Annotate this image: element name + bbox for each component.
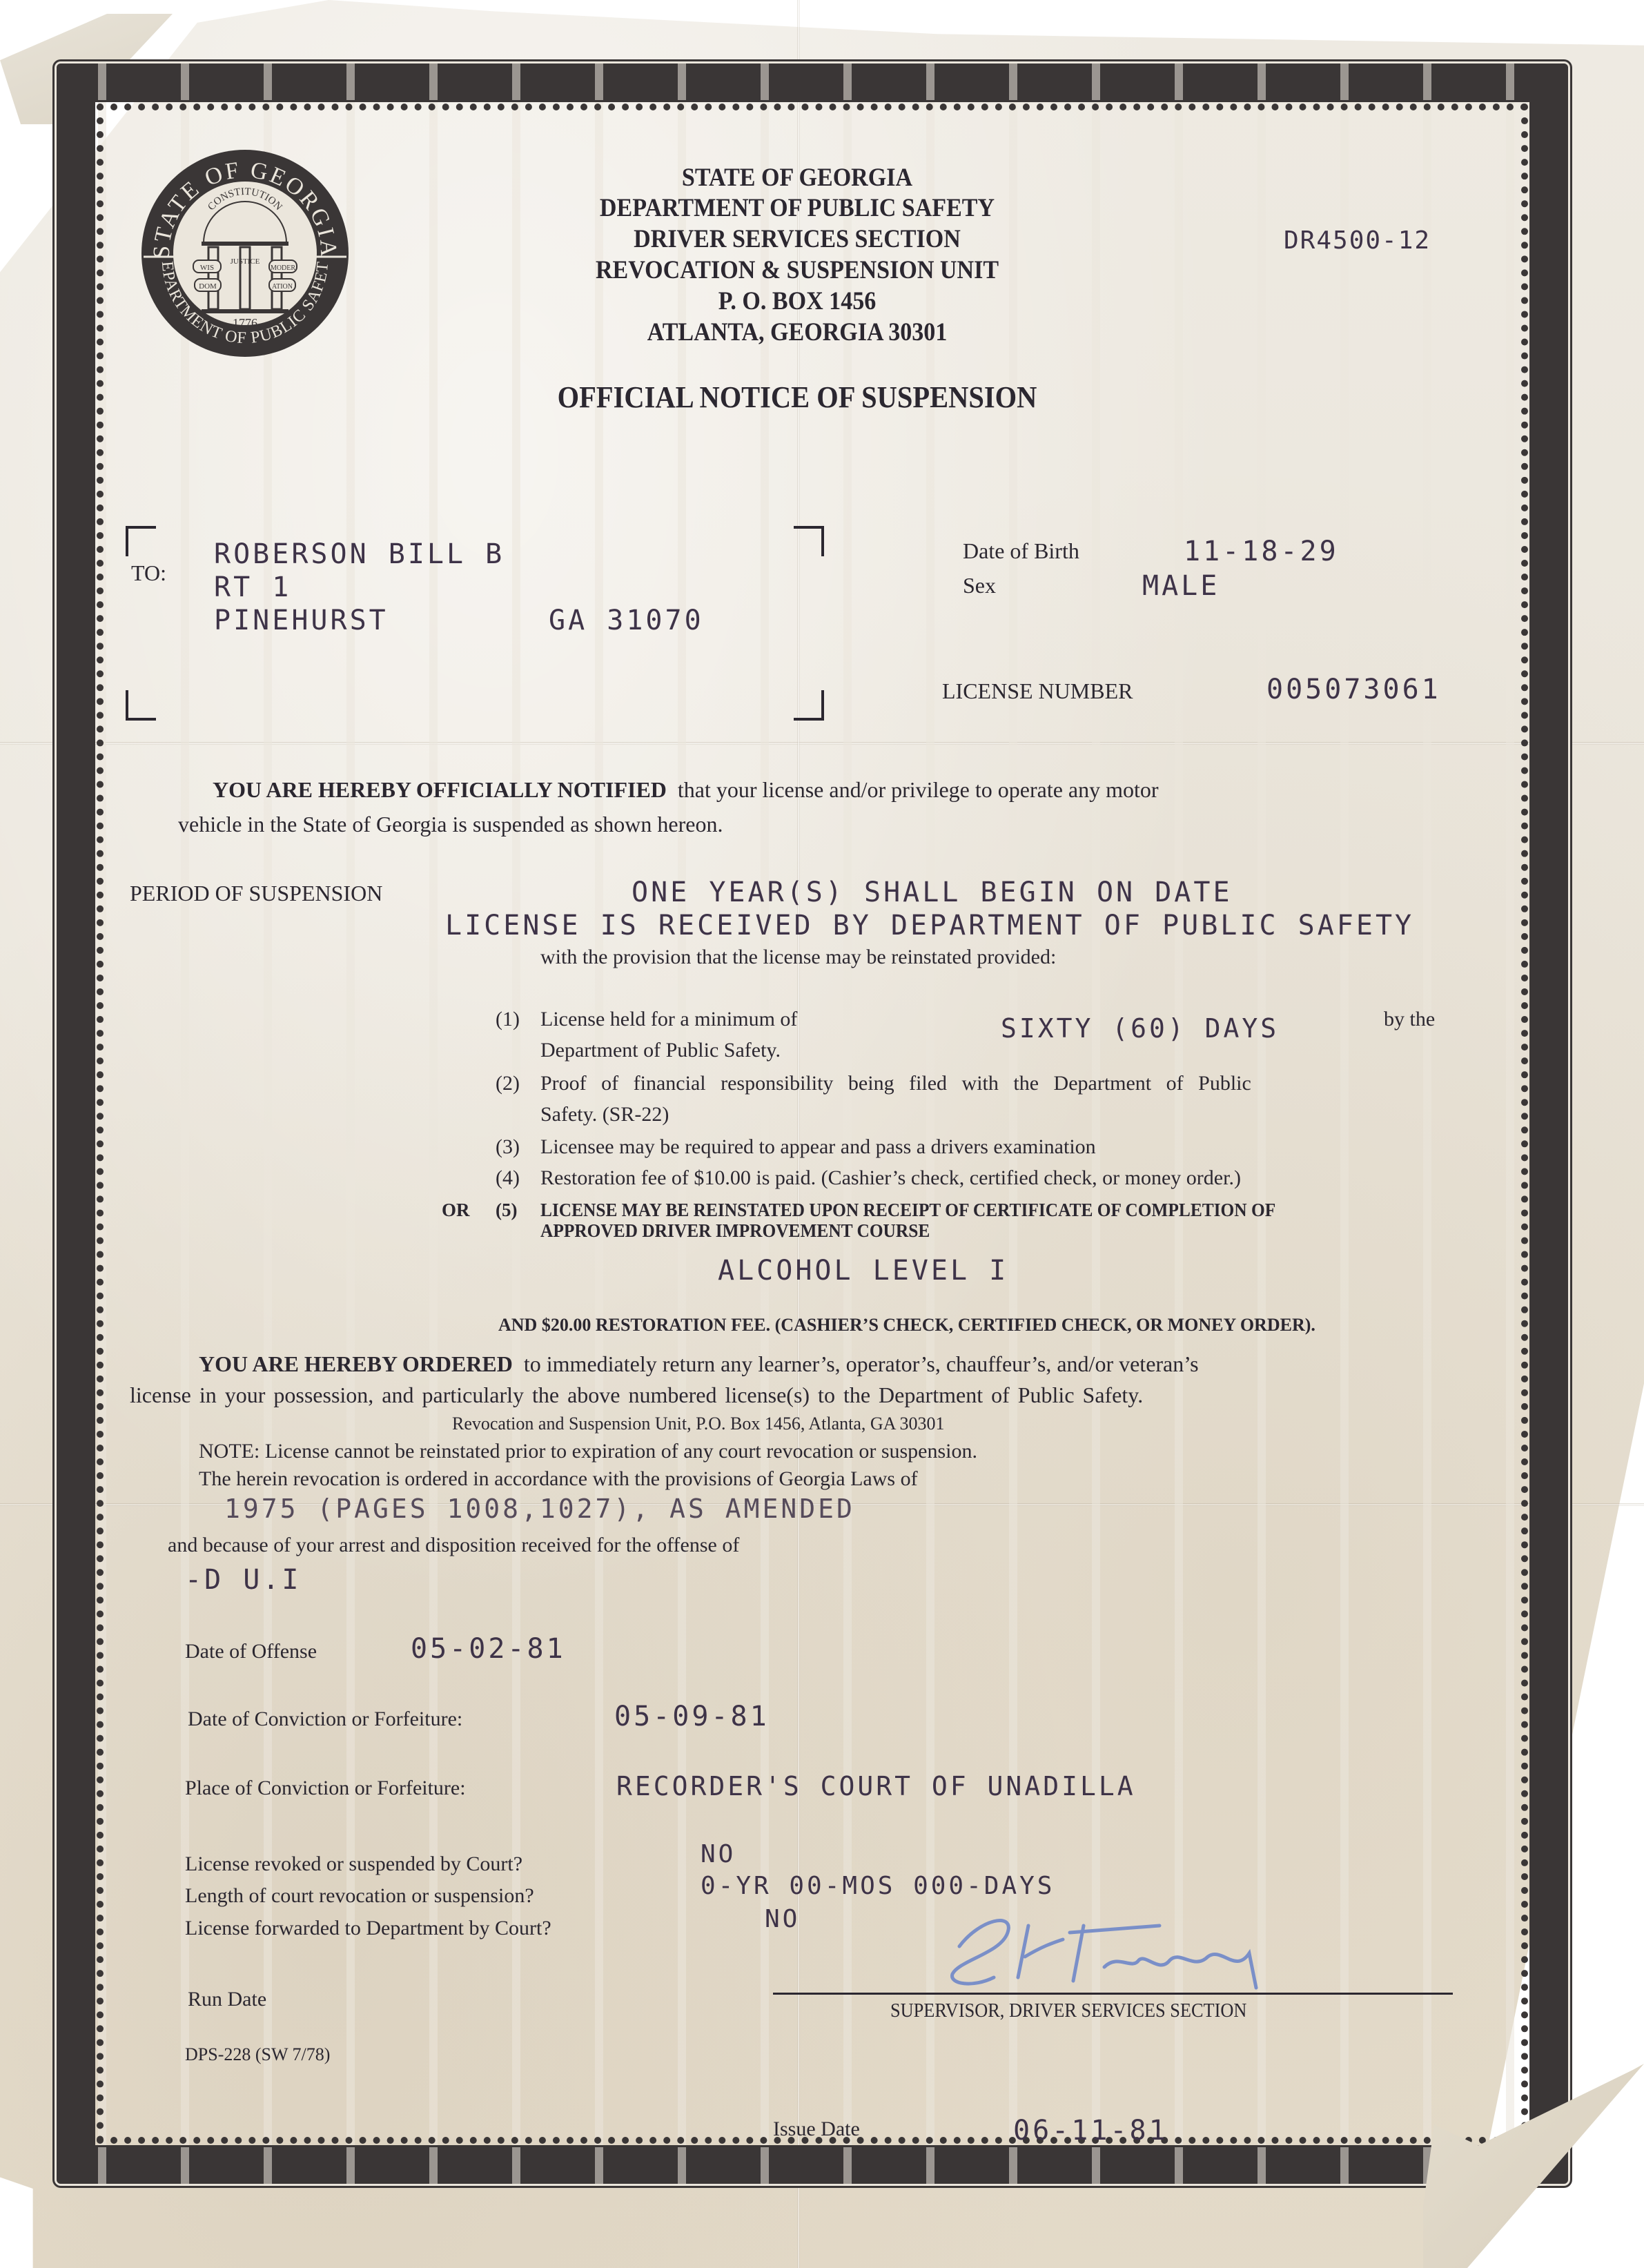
window-corner-br (794, 690, 824, 721)
signature-line (773, 1993, 1453, 1995)
header-line-unit: REVOCATION & SUSPENSION UNIT (63, 255, 1530, 285)
to-label: TO: (131, 560, 166, 586)
order-lead: YOU ARE HEREBY ORDERED (199, 1351, 513, 1376)
provision-text: with the provision that the license may … (540, 946, 1056, 969)
offense-date-label: Date of Offense (185, 1640, 317, 1663)
notice-lead: YOU ARE HEREBY OFFICIALLY NOTIFIED (213, 777, 667, 802)
notice-lead-rest: that your license and/or privilege to op… (678, 777, 1159, 802)
supervisor-signature (932, 1905, 1401, 1995)
condition-2-line2: Safety. (SR-22) (540, 1103, 669, 1126)
run-date-label: Run Date (188, 1988, 266, 2011)
condition-4-num: (4) (496, 1166, 520, 1190)
conviction-date-label: Date of Conviction or Forfeiture: (188, 1708, 462, 1731)
conviction-date-value: 05-09-81 (614, 1701, 770, 1732)
window-corner-tr (794, 526, 824, 556)
course-value: ALCOHOL LEVEL I (718, 1255, 1008, 1287)
period-label: PERIOD OF SUSPENSION (130, 881, 382, 906)
condition-5-text: LICENSE MAY BE REINSTATED UPON RECEIPT O… (540, 1200, 1275, 1221)
condition-5-line2: APPROVED DRIVER IMPROVEMENT COURSE (540, 1220, 930, 1242)
condition-4-text: Restoration fee of $10.00 is paid. (Cash… (540, 1166, 1241, 1190)
form-number: DPS-228 (SW 7/78) (185, 2044, 330, 2065)
laws-text: The herein revocation is ordered in acco… (199, 1467, 918, 1491)
license-number-value: 005073061 (1266, 674, 1441, 705)
length-label: Length of court revocation or suspension… (185, 1884, 534, 1908)
place-label: Place of Conviction or Forfeiture: (185, 1777, 466, 1800)
header-line-city: ATLANTA, GEORGIA 30301 (63, 317, 1530, 347)
condition-1-suffix: by the (1384, 1008, 1435, 1031)
recipient-address: RT 1 (214, 571, 291, 603)
condition-5-num: (5) (496, 1200, 517, 1221)
reinstatement-note: NOTE: License cannot be reinstated prior… (199, 1440, 977, 1463)
order-paragraph: YOU ARE HEREBY ORDERED to immediately re… (199, 1351, 1199, 1377)
order-lead-rest: to immediately return any learner’s, ope… (524, 1351, 1199, 1376)
length-value: 0-YR 00-MOS 000-DAYS (701, 1872, 1055, 1900)
or-label: OR (442, 1200, 470, 1221)
header-line-state: STATE OF GEORGIA (63, 163, 1530, 193)
notice-document: STATE OF GEORGIA DEPARTMENT OF PUBLIC SA… (0, 0, 1644, 2268)
offense-text: and because of your arrest and dispositi… (168, 1534, 739, 1557)
window-corner-bl (126, 690, 156, 721)
recipient-state-zip: GA 31070 (549, 605, 704, 636)
condition-1-line2: Department of Public Safety. (540, 1039, 781, 1062)
order-address: Revocation and Suspension Unit, P.O. Box… (452, 1414, 945, 1434)
laws-value: 1975 (PAGES 1008,1027), AS AMENDED (224, 1494, 855, 1524)
supervisor-title: SUPERVISOR, DRIVER SERVICES SECTION (890, 2000, 1246, 2022)
restoration-fee-text: AND $20.00 RESTORATION FEE. (CASHIER’S C… (498, 1315, 1315, 1336)
court-revoked-label: License revoked or suspended by Court? (185, 1852, 522, 1876)
order-line2: license in your possession, and particul… (130, 1382, 1143, 1408)
dob-label: Date of Birth (963, 538, 1079, 564)
header-line-department: DEPARTMENT OF PUBLIC SAFETY (63, 193, 1530, 223)
offense-value: -D U.I (185, 1564, 302, 1596)
condition-1-text: License held for a minimum of (540, 1008, 797, 1031)
court-revoked-value: NO (701, 1840, 736, 1868)
notice-line2: vehicle in the State of Georgia is suspe… (178, 812, 723, 837)
notice-paragraph: YOU ARE HEREBY OFFICIALLY NOTIFIED that … (213, 777, 1159, 803)
forwarded-label: License forwarded to Department by Court… (185, 1917, 551, 1940)
condition-2-num: (2) (496, 1072, 520, 1095)
offense-date-value: 05-02-81 (411, 1633, 566, 1665)
period-value-line1: ONE YEAR(S) SHALL BEGIN ON DATE (632, 877, 1233, 908)
header-line-pobox: P. O. BOX 1456 (63, 286, 1530, 316)
recipient-name: ROBERSON BILL B (214, 538, 505, 570)
sex-label: Sex (963, 573, 996, 598)
condition-1-value: SIXTY (60) DAYS (1001, 1013, 1279, 1044)
condition-3-num: (3) (496, 1135, 520, 1159)
window-corner-tl (126, 526, 156, 556)
place-value: RECORDER'S COURT OF UNADILLA (616, 1771, 1136, 1801)
issue-date-value: 06-11-81 (1013, 2115, 1168, 2147)
form-code: DR4500-12 (1284, 226, 1431, 255)
sex-value: MALE (1142, 570, 1220, 602)
condition-2-text: Proof of financial responsibility being … (540, 1072, 1251, 1095)
period-value-line2: LICENSE IS RECEIVED BY DEPARTMENT OF PUB… (445, 910, 1414, 941)
dob-value: 11-18-29 (1184, 536, 1339, 567)
condition-3-text: Licensee may be required to appear and p… (540, 1135, 1096, 1159)
recipient-city: PINEHURST (214, 605, 389, 636)
issue-date-label: Issue Date (773, 2118, 860, 2141)
condition-1-num: (1) (496, 1008, 520, 1031)
license-number-label: LICENSE NUMBER (942, 678, 1133, 704)
forwarded-value: NO (765, 1905, 800, 1933)
page-title: OFFICIAL NOTICE OF SUSPENSION (63, 380, 1530, 415)
